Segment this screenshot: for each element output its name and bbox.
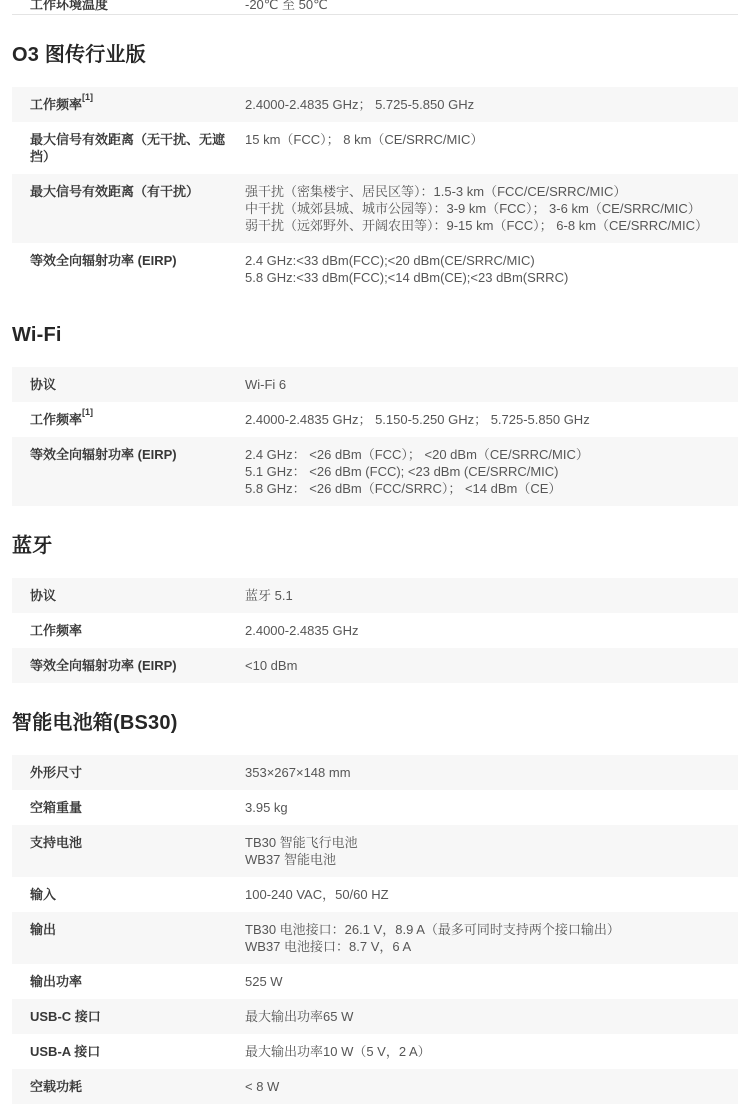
spec-value-line: WB37 智能电池 — [245, 851, 722, 868]
spec-label: 协议 — [12, 367, 245, 402]
spec-value-line: 最大输出功率10 W（5 V，2 A） — [245, 1043, 722, 1060]
spec-row: 空箱重量3.95 kg — [12, 790, 738, 825]
spec-value-line: <10 dBm — [245, 657, 722, 674]
spec-value: 2.4000-2.4835 GHz； 5.150-5.250 GHz； 5.72… — [245, 402, 738, 437]
spec-value: 525 W — [245, 964, 738, 999]
spec-section: 蓝牙协议蓝牙 5.1工作频率2.4000-2.4835 GHz等效全向辐射功率 … — [12, 532, 738, 683]
spec-value-line: 15 km（FCC）； 8 km（CE/SRRC/MIC） — [245, 131, 722, 148]
spec-value: -20℃ 至 50℃ — [245, 0, 738, 13]
spec-label: 等效全向辐射功率 (EIRP) — [12, 243, 245, 278]
spec-row: 外形尺寸353×267×148 mm — [12, 755, 738, 790]
spec-row: 空载功耗< 8 W — [12, 1069, 738, 1104]
spec-row: 工作环境温度 -20℃ 至 50℃ — [12, 0, 738, 13]
sections: O3 图传行业版工作频率[1]2.4000-2.4835 GHz； 5.725-… — [12, 41, 738, 1104]
spec-value: TB30 电池接口：26.1 V，8.9 A（最多可同时支持两个接口输出）WB3… — [245, 912, 738, 964]
spec-value-line: 525 W — [245, 973, 722, 990]
spec-label: 外形尺寸 — [12, 755, 245, 790]
spec-label: USB-A 接口 — [12, 1034, 245, 1069]
spec-section: O3 图传行业版工作频率[1]2.4000-2.4835 GHz； 5.725-… — [12, 41, 738, 295]
spec-value-line: Wi-Fi 6 — [245, 376, 722, 393]
spec-value: 2.4000-2.4835 GHz — [245, 613, 738, 648]
section-title: 智能电池箱(BS30) — [12, 709, 738, 737]
spec-value: 353×267×148 mm — [245, 755, 738, 790]
spec-value: TB30 智能飞行电池WB37 智能电池 — [245, 825, 738, 877]
spec-row: 协议蓝牙 5.1 — [12, 578, 738, 613]
spec-value: 强干扰（密集楼宇、居民区等）：1.5-3 km（FCC/CE/SRRC/MIC）… — [245, 174, 738, 243]
spec-label: 支持电池 — [12, 825, 245, 860]
spec-row: 等效全向辐射功率 (EIRP)<10 dBm — [12, 648, 738, 683]
spec-page: 工作环境温度 -20℃ 至 50℃ O3 图传行业版工作频率[1]2.4000-… — [0, 0, 750, 1111]
spec-value-line: 5.1 GHz： <26 dBm (FCC); <23 dBm (CE/SRRC… — [245, 463, 722, 480]
spec-section: Wi-Fi协议Wi-Fi 6工作频率[1]2.4000-2.4835 GHz； … — [12, 321, 738, 506]
section-title: Wi-Fi — [12, 321, 738, 349]
spec-row: 工作频率2.4000-2.4835 GHz — [12, 613, 738, 648]
spec-label: 协议 — [12, 578, 245, 613]
spec-label: 等效全向辐射功率 (EIRP) — [12, 648, 245, 683]
spec-row: 等效全向辐射功率 (EIRP)2.4 GHz:<33 dBm(FCC);<20 … — [12, 243, 738, 295]
spec-value-line: 弱干扰（远郊野外、开阔农田等）：9-15 km（FCC）； 6-8 km（CE/… — [245, 217, 722, 234]
spec-value: < 8 W — [245, 1069, 738, 1104]
spec-label: 最大信号有效距离（无干扰、无遮挡） — [12, 122, 245, 174]
spec-value: 3.95 kg — [245, 790, 738, 825]
spec-value-line: 353×267×148 mm — [245, 764, 722, 781]
spec-row: 输入100-240 VAC，50/60 HZ — [12, 877, 738, 912]
spec-value: 最大输出功率10 W（5 V，2 A） — [245, 1034, 738, 1069]
section-title: 蓝牙 — [12, 532, 738, 560]
spec-value-line: 2.4000-2.4835 GHz； 5.150-5.250 GHz； 5.72… — [245, 411, 722, 428]
spec-value-line: 5.8 GHz： <26 dBm（FCC/SRRC）； <14 dBm（CE） — [245, 480, 722, 497]
spec-value: 15 km（FCC）； 8 km（CE/SRRC/MIC） — [245, 122, 738, 157]
spec-table: 协议蓝牙 5.1工作频率2.4000-2.4835 GHz等效全向辐射功率 (E… — [12, 578, 738, 683]
spec-value: 最大输出功率65 W — [245, 999, 738, 1034]
spec-value-line: 100-240 VAC，50/60 HZ — [245, 886, 722, 903]
spec-label: 工作频率[1] — [12, 402, 245, 437]
spec-value: 2.4 GHz:<33 dBm(FCC);<20 dBm(CE/SRRC/MIC… — [245, 243, 738, 295]
spec-row: USB-C 接口最大输出功率65 W — [12, 999, 738, 1034]
spec-label: 工作环境温度 — [12, 0, 245, 13]
spec-label: 工作频率[1] — [12, 87, 245, 122]
spec-value: Wi-Fi 6 — [245, 367, 738, 402]
spec-value-line: 蓝牙 5.1 — [245, 587, 722, 604]
spec-row: 工作频率[1]2.4000-2.4835 GHz； 5.150-5.250 GH… — [12, 402, 738, 437]
spec-table: 工作频率[1]2.4000-2.4835 GHz； 5.725-5.850 GH… — [12, 87, 738, 295]
spec-value-line: 5.8 GHz:<33 dBm(FCC);<14 dBm(CE);<23 dBm… — [245, 269, 722, 286]
spec-value: <10 dBm — [245, 648, 738, 683]
spec-section: 智能电池箱(BS30)外形尺寸353×267×148 mm空箱重量3.95 kg… — [12, 709, 738, 1104]
spec-value-line: 2.4 GHz:<33 dBm(FCC);<20 dBm(CE/SRRC/MIC… — [245, 252, 722, 269]
spec-value-line: 最大输出功率65 W — [245, 1008, 722, 1025]
previous-section-last-row: 工作环境温度 -20℃ 至 50℃ — [12, 0, 738, 15]
spec-value: 100-240 VAC，50/60 HZ — [245, 877, 738, 912]
spec-row: 支持电池TB30 智能飞行电池WB37 智能电池 — [12, 825, 738, 877]
spec-row: 等效全向辐射功率 (EIRP)2.4 GHz： <26 dBm（FCC）； <2… — [12, 437, 738, 506]
spec-value-line: TB30 电池接口：26.1 V，8.9 A（最多可同时支持两个接口输出） — [245, 921, 722, 938]
spec-row: 输出功率525 W — [12, 964, 738, 999]
footnote-ref: [1] — [82, 407, 93, 417]
spec-table: 外形尺寸353×267×148 mm空箱重量3.95 kg支持电池TB30 智能… — [12, 755, 738, 1104]
spec-row: 最大信号有效距离（无干扰、无遮挡）15 km（FCC）； 8 km（CE/SRR… — [12, 122, 738, 174]
spec-value: 2.4 GHz： <26 dBm（FCC）； <20 dBm（CE/SRRC/M… — [245, 437, 738, 506]
spec-value-line: 2.4000-2.4835 GHz； 5.725-5.850 GHz — [245, 96, 722, 113]
spec-label: 空箱重量 — [12, 790, 245, 825]
spec-label: 输出 — [12, 912, 245, 947]
spec-value-line: TB30 智能飞行电池 — [245, 834, 722, 851]
spec-value-line: 2.4000-2.4835 GHz — [245, 622, 722, 639]
spec-row: 输出TB30 电池接口：26.1 V，8.9 A（最多可同时支持两个接口输出）W… — [12, 912, 738, 964]
spec-value: 蓝牙 5.1 — [245, 578, 738, 613]
section-title: O3 图传行业版 — [12, 41, 738, 69]
spec-value-line: 3.95 kg — [245, 799, 722, 816]
spec-label: 空载功耗 — [12, 1069, 245, 1104]
spec-table: 协议Wi-Fi 6工作频率[1]2.4000-2.4835 GHz； 5.150… — [12, 367, 738, 506]
spec-label: USB-C 接口 — [12, 999, 245, 1034]
spec-label: 最大信号有效距离（有干扰） — [12, 174, 245, 209]
spec-value-line: 2.4 GHz： <26 dBm（FCC）； <20 dBm（CE/SRRC/M… — [245, 446, 722, 463]
spec-label: 等效全向辐射功率 (EIRP) — [12, 437, 245, 472]
spec-value: 2.4000-2.4835 GHz； 5.725-5.850 GHz — [245, 87, 738, 122]
spec-row: 协议Wi-Fi 6 — [12, 367, 738, 402]
footnote-ref: [1] — [82, 92, 93, 102]
spec-label: 输出功率 — [12, 964, 245, 999]
spec-value-line: 强干扰（密集楼宇、居民区等）：1.5-3 km（FCC/CE/SRRC/MIC） — [245, 183, 722, 200]
spec-value-line: WB37 电池接口：8.7 V，6 A — [245, 938, 722, 955]
spec-row: 最大信号有效距离（有干扰）强干扰（密集楼宇、居民区等）：1.5-3 km（FCC… — [12, 174, 738, 243]
spec-value-line: 中干扰（城郊县城、城市公园等）：3-9 km（FCC）； 3-6 km（CE/S… — [245, 200, 722, 217]
spec-label: 输入 — [12, 877, 245, 912]
spec-row: USB-A 接口最大输出功率10 W（5 V，2 A） — [12, 1034, 738, 1069]
spec-value-line: < 8 W — [245, 1078, 722, 1095]
spec-label: 工作频率 — [12, 613, 245, 648]
spec-row: 工作频率[1]2.4000-2.4835 GHz； 5.725-5.850 GH… — [12, 87, 738, 122]
